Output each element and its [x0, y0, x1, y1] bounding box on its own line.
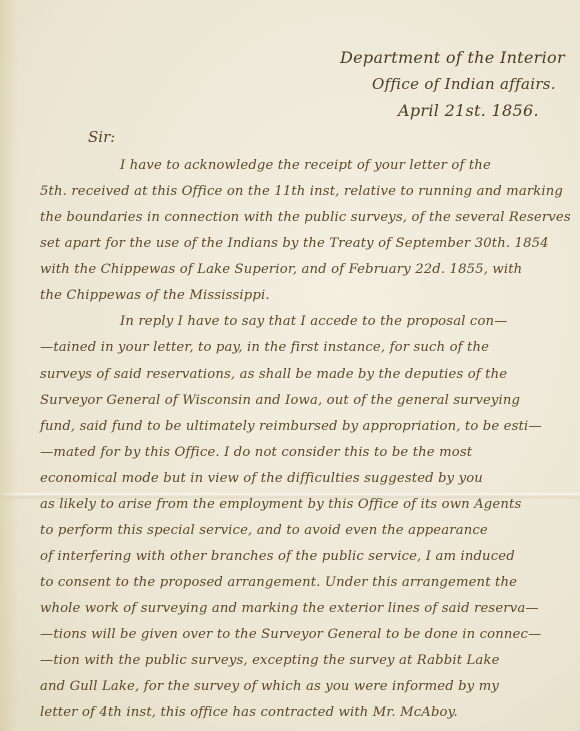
heading-department: Department of the Interior — [340, 48, 565, 67]
body-line: fund, said fund to be ultimately reimbur… — [40, 419, 550, 434]
heading-date: April 21st. 1856. — [398, 101, 539, 120]
body-line: Surveyor General of Wisconsin and Iowa, … — [40, 393, 550, 408]
heading-office: Office of Indian affairs. — [372, 75, 556, 93]
body-line: 5th. received at this Office on the 11th… — [40, 184, 550, 199]
body-line: the Chippewas of the Mississippi. — [40, 288, 550, 303]
body-line: as likely to arise from the employment b… — [40, 497, 550, 512]
body-line: —tained in your letter, to pay, in the f… — [40, 340, 550, 355]
letter-page: Department of the Interior Office of Ind… — [0, 0, 580, 731]
body-line: economical mode but in view of the diffi… — [40, 471, 550, 486]
salutation: Sir: — [88, 128, 115, 146]
body-line: —tion with the public surveys, excepting… — [40, 653, 550, 668]
body-line: surveys of said reservations, as shall b… — [40, 367, 550, 382]
body-line: of interfering with other branches of th… — [40, 549, 550, 564]
body-line: whole work of surveying and marking the … — [40, 601, 550, 616]
body-line: I have to acknowledge the receipt of you… — [120, 158, 550, 173]
body-line: set apart for the use of the Indians by … — [40, 236, 550, 251]
body-line: to perform this special service, and to … — [40, 523, 550, 538]
body-line: with the Chippewas of Lake Superior, and… — [40, 262, 550, 277]
body-line: —mated for by this Office. I do not cons… — [40, 445, 550, 460]
body-line: letter of 4th inst, this office has cont… — [40, 705, 550, 720]
body-line: the boundaries in connection with the pu… — [40, 210, 550, 225]
body-line: In reply I have to say that I accede to … — [120, 314, 550, 329]
body-line: and Gull Lake, for the survey of which a… — [40, 679, 550, 694]
body-line: —tions will be given over to the Surveyo… — [40, 627, 550, 642]
body-line: to consent to the proposed arrangement. … — [40, 575, 550, 590]
